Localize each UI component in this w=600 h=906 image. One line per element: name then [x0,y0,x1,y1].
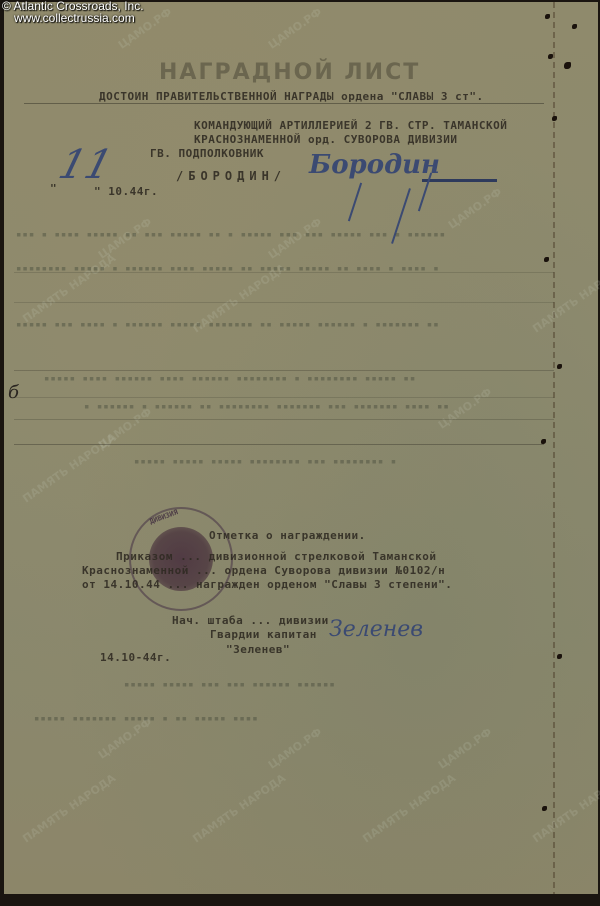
archive-watermark: ЦАМО.РФ [446,185,504,231]
award-note-heading: Отметка о награждении. [209,529,366,542]
paper-hole [564,62,571,69]
paper-hole [541,439,546,444]
signature-underline [422,179,497,182]
form-line [14,444,544,445]
stamp-text: ДИВИЗИЯ [149,508,179,526]
website-text: www.collectrussia.com [2,12,144,24]
archive-watermark: ПАМЯТЬ НАРОДА [360,772,458,846]
paper-hole [572,24,577,29]
paper-hole [544,257,549,262]
document-page: ЦАМО.РФ ЦАМО.РФ ЦАМО.РФ ЦАМО.РФ ЦАМО.РФ … [4,2,598,894]
archive-watermark: ПАМЯТЬ НАРОДА [20,432,118,506]
archive-watermark: ЦАМО.РФ [266,725,324,771]
form-line [14,302,554,303]
archive-watermark: ЦАМО.РФ [266,5,324,51]
signer-name: "Зеленев" [226,643,290,656]
archive-watermark: ПАМЯТЬ НАРОДА [190,772,288,846]
paper-hole [557,364,562,369]
date-rest: " 10.44г. [94,185,158,198]
archive-watermark: ПАМЯТЬ НАРОДА [530,772,600,846]
fold-line [553,2,555,894]
document-title: НАГРАДНОЙ ЛИСТ [159,60,420,85]
margin-mark: б [8,382,19,403]
award-note-line-2: Краснознаменной ... ордена Суворова диви… [82,564,445,577]
paper-hole [552,116,557,121]
commander-signature: Бородин [309,150,440,180]
handwritten-day: 11 [54,142,117,188]
archive-watermark: ПАМЯТЬ НАРОДА [20,252,118,326]
paper-hole [548,54,553,59]
commander-line-1: КОМАНДУЮЩИЙ АРТИЛЛЕРИЕЙ 2 ГВ. СТР. ТАМАН… [194,119,507,132]
form-line [14,419,554,420]
paper-hole [557,654,562,659]
award-note-line-1: Приказом ... дивизионной стрелковой Тама… [116,550,437,563]
signer-signature: Зеленев [329,617,423,642]
award-note-line-3: от 14.10.44 ... награжден орденом "Славы… [82,578,452,591]
archive-watermark: ПАМЯТЬ НАРОДА [20,772,118,846]
paper-hole [545,14,550,19]
award-subtitle: ДОСТОИН ПРАВИТЕЛЬСТВЕННОЙ НАГРАДЫ ордена… [99,90,484,103]
copyright-overlay: © Atlantic Crossroads, Inc. www.collectr… [2,0,144,24]
archive-watermark: ЦАМО.РФ [436,725,494,771]
commander-line-2: КРАСНОЗНАМЕННОЙ орд. СУВОРОВА ДИВИЗИИ [194,133,458,146]
commander-name: /БОРОДИН/ [176,169,286,183]
pen-stroke [348,183,362,222]
signer-title: Нач. штаба ... дивизии [172,614,329,627]
divider [24,103,544,104]
award-note-date: 14.10-44г. [100,651,171,664]
form-line [14,397,554,398]
form-line [14,370,554,371]
commander-rank: ГВ. ПОДПОЛКОВНИК [150,147,264,160]
paper-hole [542,806,547,811]
signer-rank: Гвардии капитан [210,628,317,641]
